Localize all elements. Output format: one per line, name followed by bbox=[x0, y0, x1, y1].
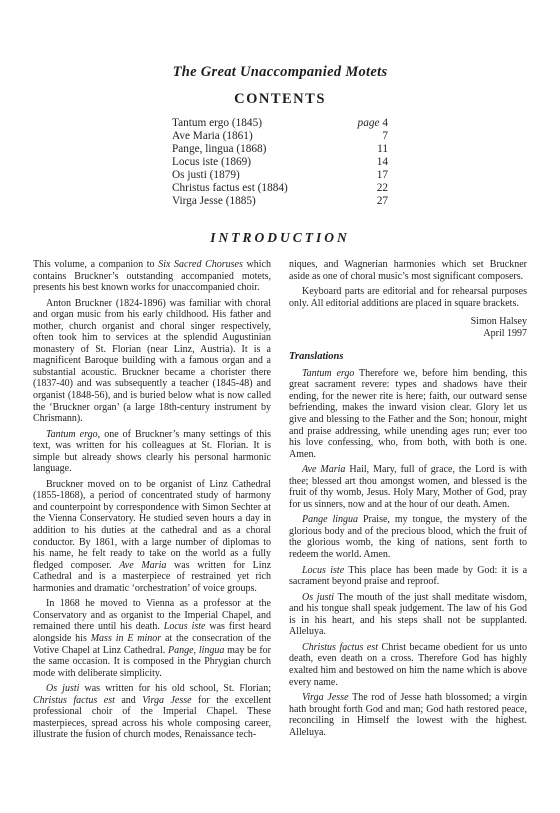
toc-item-page: 17 bbox=[377, 169, 388, 182]
paragraph: Virga Jesse The rod of Jesse hath blosso… bbox=[289, 692, 527, 738]
paragraph: Anton Bruckner (1824-1896) was familiar … bbox=[33, 298, 271, 425]
paragraph: Locus iste This place has been made by G… bbox=[289, 565, 527, 588]
contents-heading: CONTENTS bbox=[33, 91, 527, 108]
paragraph: Bruckner moved on to be organist of Linz… bbox=[33, 479, 271, 594]
toc-item-title: Locus iste (1869) bbox=[172, 156, 251, 169]
toc-row: Tantum ergo (1845)page 4 bbox=[172, 117, 388, 130]
section-heading: Translations bbox=[289, 351, 527, 363]
toc-row: Locus iste (1869)14 bbox=[172, 156, 388, 169]
toc-item-title: Ave Maria (1861) bbox=[172, 130, 253, 143]
paragraph: Tantum ergo, one of Bruckner’s many sett… bbox=[33, 429, 271, 475]
toc-item-page: 7 bbox=[382, 130, 388, 143]
signature: Simon HalseyApril 1997 bbox=[289, 316, 527, 339]
toc-row: Pange, lingua (1868)11 bbox=[172, 143, 388, 156]
intro-right-column: niques, and Wagnerian harmonies which se… bbox=[289, 259, 527, 745]
toc-item-page: 27 bbox=[377, 195, 388, 208]
toc-item-page: 14 bbox=[377, 156, 388, 169]
intro-left-column: This volume, a companion to Six Sacred C… bbox=[33, 259, 271, 745]
toc-row: Os justi (1879)17 bbox=[172, 169, 388, 182]
toc-item-title: Christus factus est (1884) bbox=[172, 182, 288, 195]
scanned-book-page: The Great Unaccompanied Motets CONTENTS … bbox=[0, 0, 560, 813]
toc-row: Christus factus est (1884)22 bbox=[172, 182, 388, 195]
paragraph: Os justi was written for his old school,… bbox=[33, 683, 271, 741]
paragraph: Pange lingua Praise, my tongue, the myst… bbox=[289, 514, 527, 560]
paragraph: In 1868 he moved to Vienna as a professo… bbox=[33, 598, 271, 679]
table-of-contents: Tantum ergo (1845)page 4Ave Maria (1861)… bbox=[172, 117, 388, 208]
toc-page-word: page bbox=[358, 117, 383, 129]
toc-item-page: page 4 bbox=[358, 117, 388, 130]
toc-item-title: Os justi (1879) bbox=[172, 169, 240, 182]
toc-item-page: 22 bbox=[377, 182, 388, 195]
toc-item-title: Pange, lingua (1868) bbox=[172, 143, 266, 156]
paragraph: Christus factus est Christ became obedie… bbox=[289, 642, 527, 688]
toc-item-title: Virga Jesse (1885) bbox=[172, 195, 256, 208]
paragraph: niques, and Wagnerian harmonies which se… bbox=[289, 259, 527, 282]
toc-item-page: 11 bbox=[377, 143, 388, 156]
paragraph: This volume, a companion to Six Sacred C… bbox=[33, 259, 271, 294]
toc-item-title: Tantum ergo (1845) bbox=[172, 117, 262, 130]
introduction-heading: INTRODUCTION bbox=[33, 230, 527, 246]
document-title: The Great Unaccompanied Motets bbox=[33, 64, 527, 81]
paragraph: Keyboard parts are editorial and for reh… bbox=[289, 286, 527, 309]
paragraph: Tantum ergo Therefore we, before him ben… bbox=[289, 368, 527, 460]
paragraph: Ave Maria Hail, Mary, full of grace, the… bbox=[289, 464, 527, 510]
toc-row: Ave Maria (1861)7 bbox=[172, 130, 388, 143]
toc-row: Virga Jesse (1885)27 bbox=[172, 195, 388, 208]
introduction-body: This volume, a companion to Six Sacred C… bbox=[33, 259, 527, 745]
paragraph: Os justi The mouth of the just shall med… bbox=[289, 592, 527, 638]
